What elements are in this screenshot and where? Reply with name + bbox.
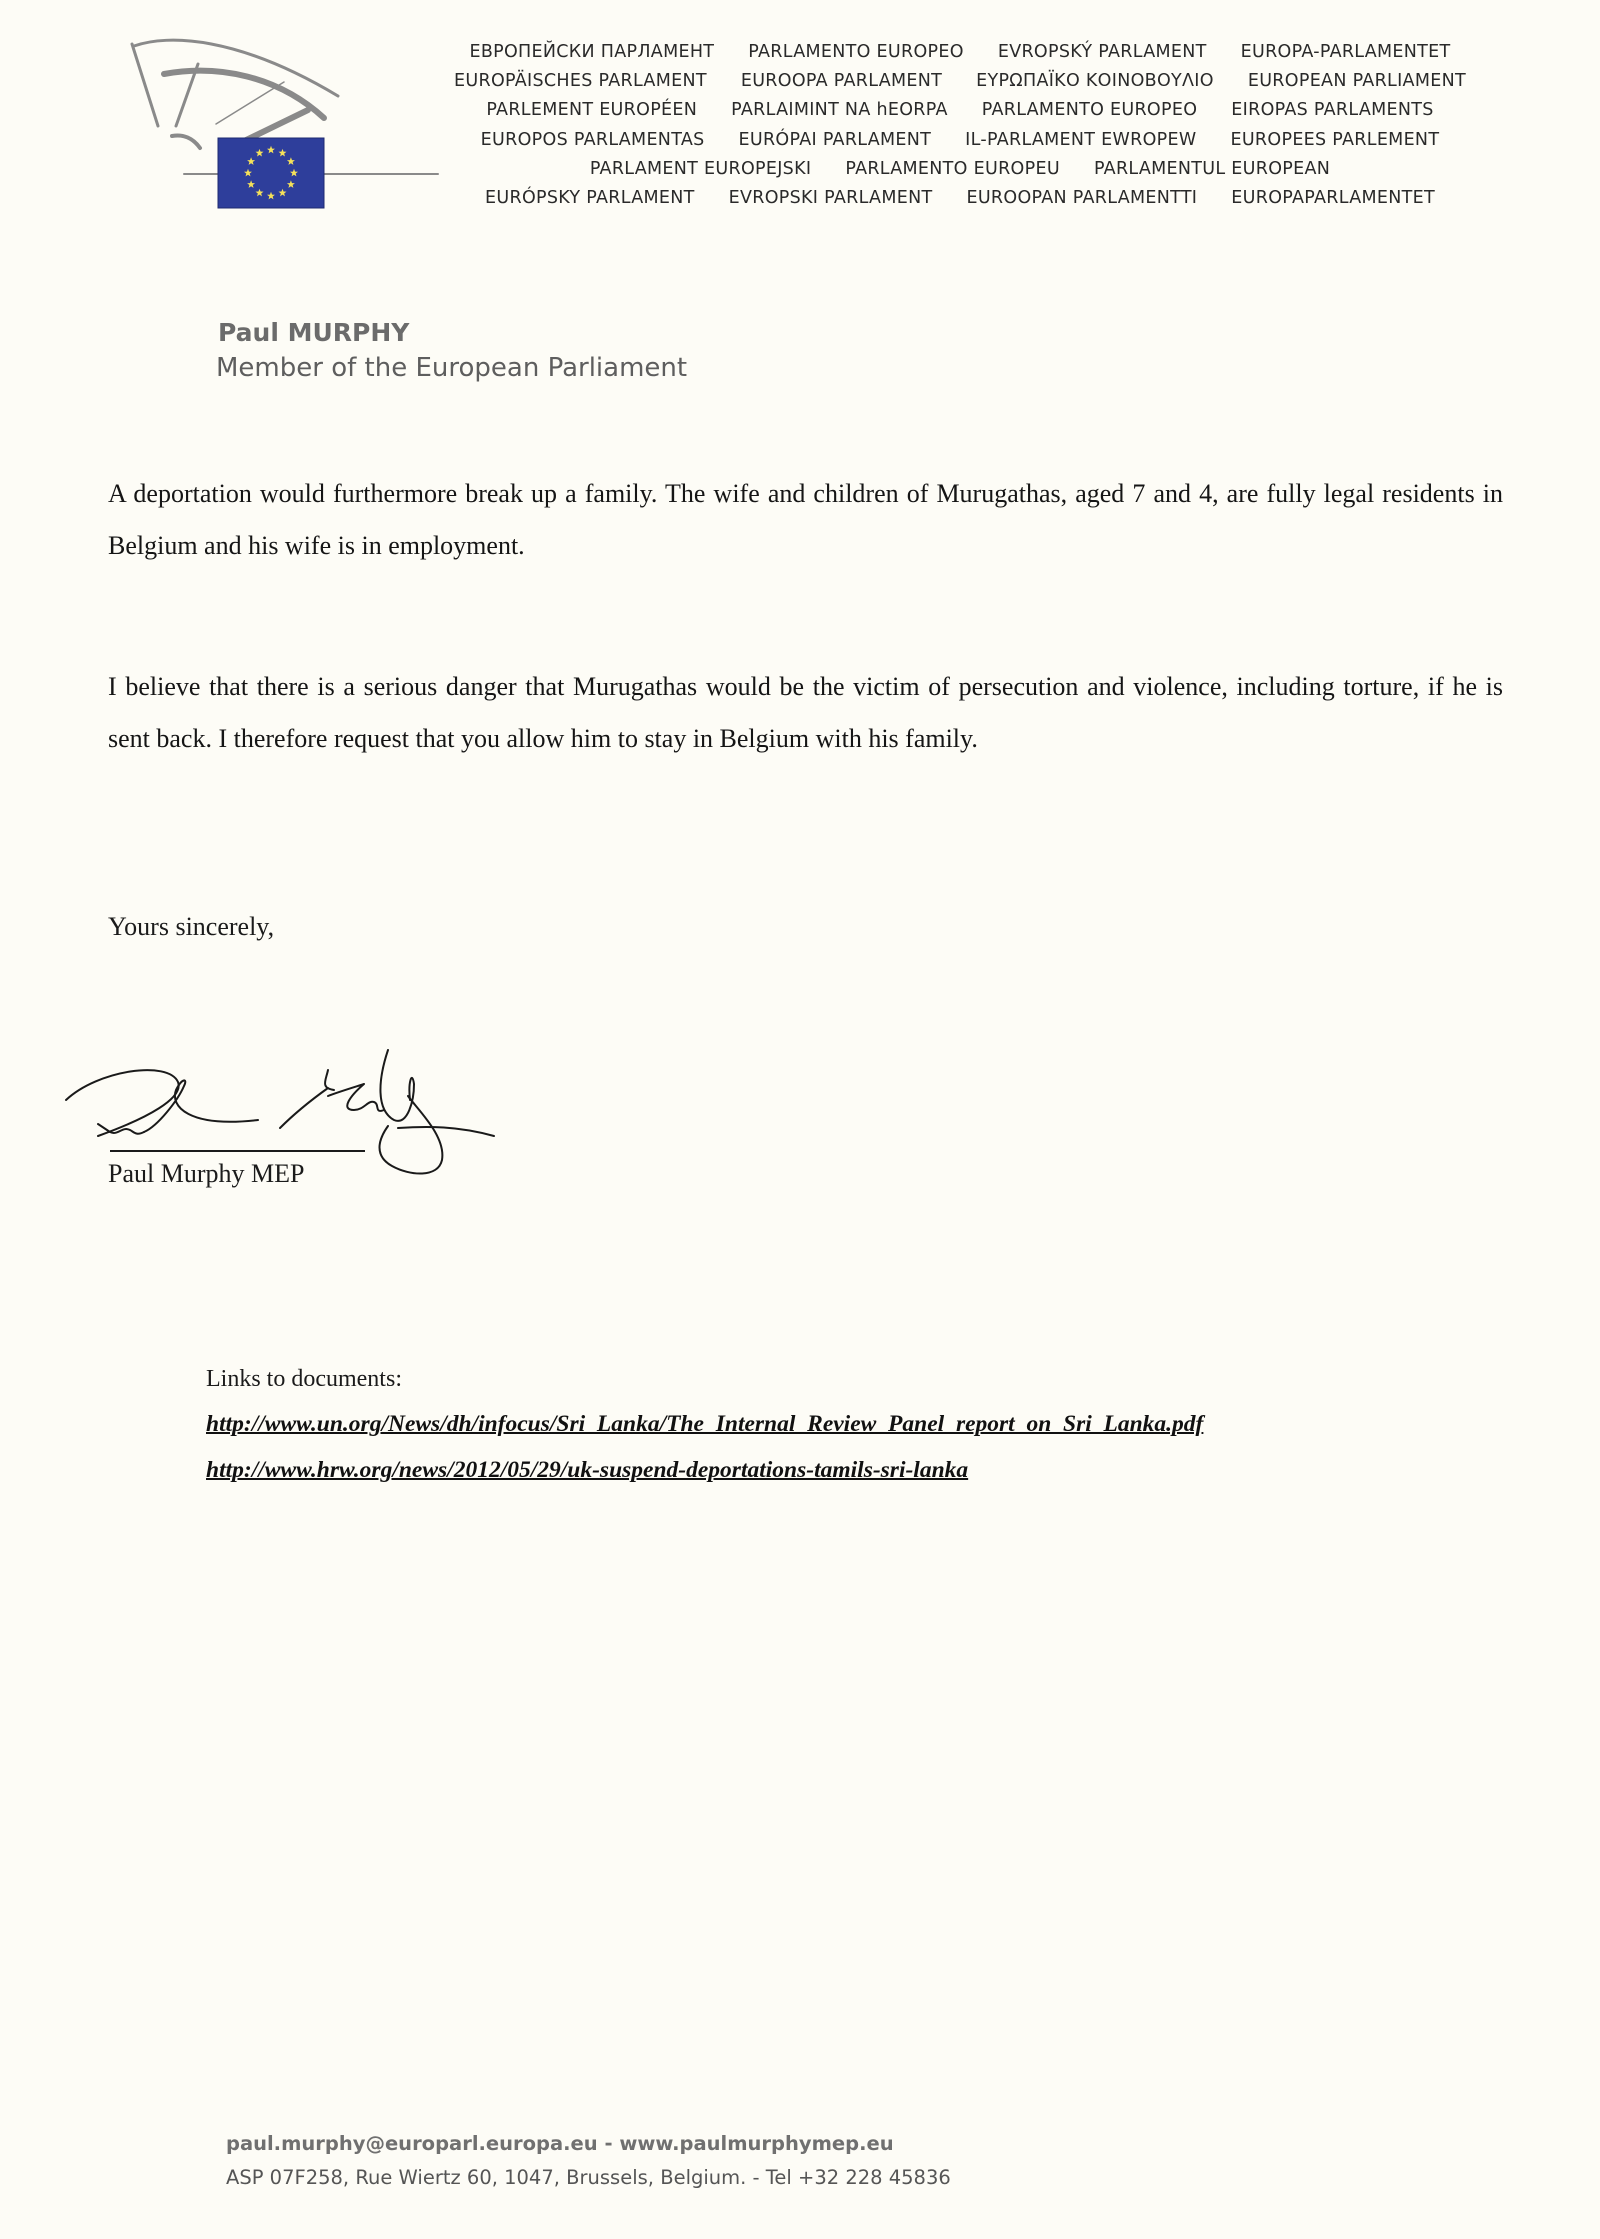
footer-address: ASP 07F258, Rue Wiertz 60, 1047, Brussel…	[226, 2166, 951, 2189]
document-links: Links to documents: http://www.un.org/Ne…	[206, 1357, 1203, 1493]
parliament-name: EUROPOS PARLAMENTAS	[481, 130, 705, 150]
parliament-name: EUROPA-PARLAMENTET	[1241, 42, 1451, 62]
parliament-name: EUROPAPARLAMENTET	[1231, 188, 1435, 208]
parliament-name: ЕВРОПЕЙСКИ ПАРЛАМЕНТ	[469, 42, 714, 62]
parliament-name: EUROPEES PARLEMENT	[1230, 130, 1439, 150]
link-un-internal-review-report[interactable]: http://www.un.org/News/dh/infocus/Sri_La…	[206, 1401, 1203, 1447]
header-line: PARLAMENT EUROPEJSKIPARLAMENTO EUROPEUPA…	[420, 155, 1500, 184]
header-line: PARLEMENT EUROPÉENPARLAIMINT NA hEORPAPA…	[420, 96, 1500, 125]
parliament-name: PARLAIMINT NA hEORPA	[731, 100, 948, 120]
parliament-name: PARLAMENTUL EUROPEAN	[1094, 159, 1330, 179]
letter-page: { "header": { "logo_name": "european-par…	[0, 0, 1600, 2239]
signatory-name: Paul Murphy MEP	[108, 1159, 304, 1189]
parliament-name: PARLAMENTO EUROPEO	[982, 100, 1198, 120]
parliament-name: PARLAMENTO EUROPEU	[845, 159, 1060, 179]
multilingual-parliament-header: ЕВРОПЕЙСКИ ПАРЛАМЕНТPARLAMENTO EUROPEOEV…	[420, 38, 1500, 213]
header-line: EURÓPSKY PARLAMENTEVROPSKI PARLAMENTEURO…	[420, 184, 1500, 213]
parliament-name: EVROPSKÝ PARLAMENT	[998, 42, 1207, 62]
body-paragraph-family: A deportation would furthermore break up…	[108, 468, 1503, 572]
parliament-name: PARLAMENT EUROPEJSKI	[590, 159, 812, 179]
sender-title: Member of the European Parliament	[216, 353, 687, 383]
header-line: EUROPÄISCHES PARLAMENTEUROOPA PARLAMENTΕ…	[420, 67, 1500, 96]
parliament-name: EUROOPAN PARLAMENTTI	[966, 188, 1197, 208]
header-line: EUROPOS PARLAMENTASEURÓPAI PARLAMENTIL-P…	[420, 126, 1500, 155]
signature-line	[110, 1150, 365, 1152]
parliament-name: EVROPSKI PARLAMENT	[729, 188, 933, 208]
body-paragraph-request: I believe that there is a serious danger…	[108, 661, 1503, 765]
parliament-name: EUROPÄISCHES PARLAMENT	[454, 71, 707, 91]
parliament-name: PARLEMENT EUROPÉEN	[486, 100, 697, 120]
parliament-name: ΕΥΡΩΠΑΪΚΟ ΚΟΙΝΟΒΟΥΛΙΟ	[976, 71, 1214, 91]
footer-contact: paul.murphy@europarl.europa.eu - www.pau…	[226, 2132, 894, 2155]
parliament-name: EIROPAS PARLAMENTS	[1231, 100, 1433, 120]
parliament-name: EURÓPSKY PARLAMENT	[485, 188, 695, 208]
header-line: ЕВРОПЕЙСКИ ПАРЛАМЕНТPARLAMENTO EUROPEOEV…	[420, 38, 1500, 67]
link-hrw-deportations-article[interactable]: http://www.hrw.org/news/2012/05/29/uk-su…	[206, 1447, 1203, 1493]
parliament-name: PARLAMENTO EUROPEO	[748, 42, 964, 62]
links-label: Links to documents:	[206, 1357, 1203, 1401]
parliament-name: EUROOPA PARLAMENT	[741, 71, 942, 91]
european-parliament-logo	[128, 36, 448, 216]
parliament-name: EURÓPAI PARLAMENT	[739, 130, 932, 150]
closing-salutation: Yours sincerely,	[108, 912, 274, 942]
parliament-name: EUROPEAN PARLIAMENT	[1248, 71, 1466, 91]
parliament-name: IL-PARLAMENT EWROPEW	[965, 130, 1196, 150]
sender-name: Paul MURPHY	[218, 318, 409, 347]
